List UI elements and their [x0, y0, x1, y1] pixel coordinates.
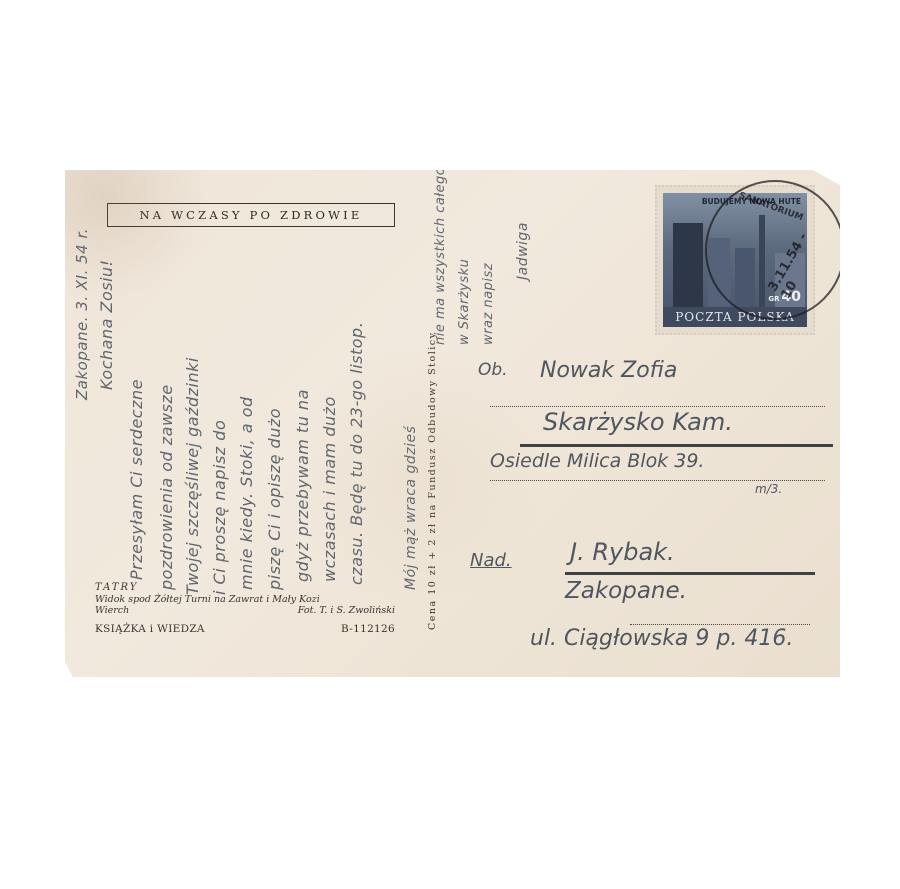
catalog-number: B-112126: [341, 623, 395, 635]
message-line: nie ma wszystkich całego: [433, 167, 448, 345]
message-line: w Skarżysku: [457, 259, 472, 345]
sender-street: ul. Ciągłowska 9 p. 416.: [530, 626, 793, 651]
caption-photographer: Fot. T. i S. Zwoliński: [298, 605, 395, 616]
price-note: Cena 10 zł + 2 zł na Fundusz Odbudowy St…: [427, 332, 438, 630]
sender-prefix: Nad.: [470, 550, 512, 571]
caption-description: Widok spod Żółtej Turni na Zawrat i Mały…: [95, 594, 395, 605]
message-line: i Ci proszę napisz do: [210, 420, 229, 595]
message-line: gdyż przebywam tu na: [293, 389, 312, 582]
message-signature: Jadwiga: [515, 222, 531, 280]
postcard-header: NA WCZASY PO ZDROWIE: [107, 203, 395, 227]
postmark: SANATORIUM 3.11.54 - 10: [705, 180, 845, 320]
postmark-date: 3.11.54 - 10: [766, 212, 835, 301]
message-line: czasu. Będę tu do 23-go listop.: [347, 322, 366, 585]
recipient-apartment: m/3.: [755, 482, 782, 496]
message-line: pozdrowienia od zawsze: [157, 384, 176, 590]
caption-title: TATRY: [95, 582, 395, 593]
message-line: Przesyłam Ci serdeczne: [127, 379, 146, 580]
message-line: wraz napisz: [481, 263, 496, 345]
recipient-city: Skarżysko Kam.: [543, 408, 733, 436]
message-line: Kochana Zosiu!: [97, 259, 116, 390]
message-line: mnie kiedy. Stoki, a od: [237, 396, 256, 590]
caption-description-cont: Wierch: [95, 605, 129, 616]
recipient-name: Nowak Zofia: [540, 358, 677, 383]
publisher: KSIĄŻKA i WIEDZA: [95, 623, 205, 635]
sender-name: J. Rybak.: [570, 538, 675, 566]
message-line: Twojej szczęśliwej gaździnki: [183, 357, 202, 595]
message-line: Mój mąż wraca gdzieś: [403, 426, 419, 590]
postmark-text: SANATORIUM: [737, 191, 804, 224]
caption: TATRY Widok spod Żółtej Turni na Zawrat …: [95, 582, 395, 635]
sender-city: Zakopane.: [565, 578, 687, 604]
message-line: piszę Ci i opiszę dużo: [265, 408, 284, 590]
postcard-back: NA WCZASY PO ZDROWIE Zakopane. 3. XI. 54…: [65, 170, 840, 677]
message-place-date: Zakopane. 3. XI. 54 r.: [73, 228, 91, 400]
recipient-prefix: Ob.: [478, 360, 508, 380]
recipient-street: Osiedle Milica Blok 39.: [490, 450, 704, 472]
message-line: wczasach i mam dużo: [320, 396, 339, 582]
